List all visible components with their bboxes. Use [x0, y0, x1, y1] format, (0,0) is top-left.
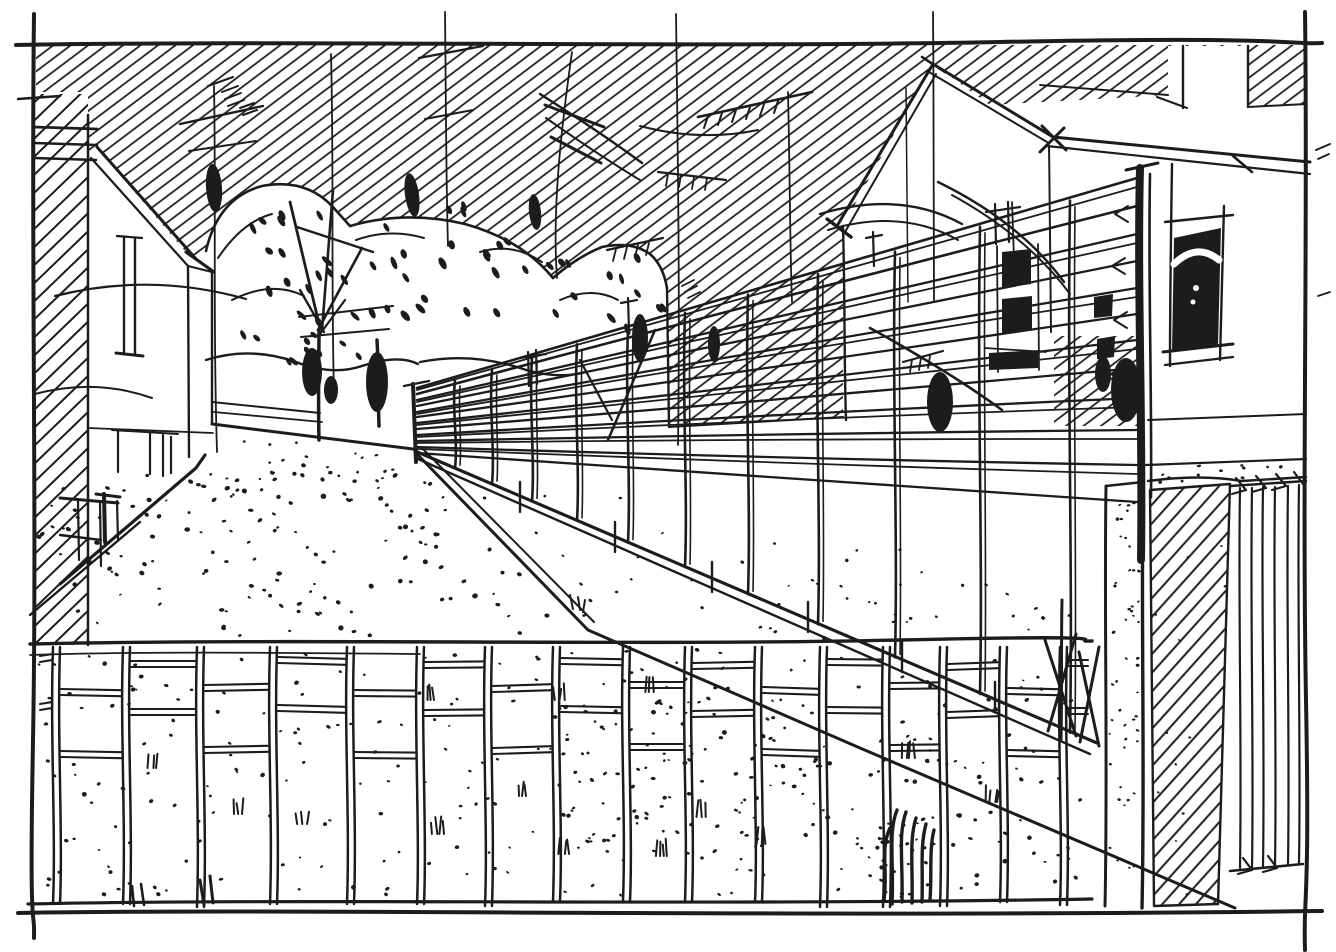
- gate-hatch-fill: [1150, 484, 1230, 906]
- sketch-page: [0, 0, 1336, 952]
- architectural-sketch-canvas: [0, 0, 1336, 952]
- left-hatched-strip: [34, 94, 88, 645]
- border-bottom: [18, 911, 1322, 914]
- board-line: [1239, 488, 1240, 868]
- hatched-gate-panel: [1150, 484, 1230, 906]
- pillar-edge: [1105, 486, 1106, 906]
